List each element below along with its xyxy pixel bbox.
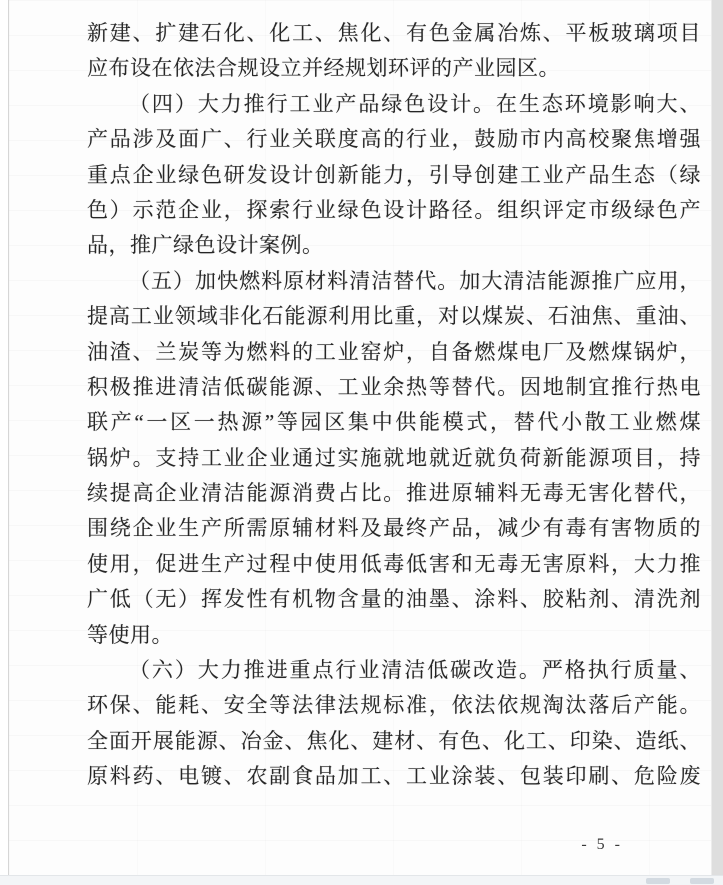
bottom-bar <box>0 875 723 885</box>
horizontal-scrollbar-segment-1[interactable] <box>646 878 670 884</box>
document-text: 新建、扩建石化、化工、焦化、有色金属冶炼、平板玻璃项目应布设在依法合规设立并经规… <box>87 16 701 795</box>
scanned-page: 新建、扩建石化、化工、焦化、有色金属冶炼、平板玻璃项目应布设在依法合规设立并经规… <box>8 0 712 876</box>
text-line: （四）大力推行工业产品绿色设计。在生态环境影响大、 <box>87 87 701 122</box>
text-line: 色）示范企业，探索行业绿色设计路径。组织评定市级绿色产 <box>87 193 701 228</box>
text-line: 积极推进清洁低碳能源、工业余热等替代。因地制宜推行热电 <box>87 370 701 405</box>
text-line: 使用，促进生产过程中使用低毒低害和无毒无害原料，大力推 <box>87 547 701 582</box>
text-line: 全面开展能源、冶金、焦化、建材、有色、化工、印染、造纸、 <box>87 724 701 759</box>
text-line: 联产“一区一热源”等园区集中供能模式，替代小散工业燃煤 <box>87 405 701 440</box>
text-line: （六）大力推进重点行业清洁低碳改造。严格执行质量、 <box>87 653 701 688</box>
text-line: 应布设在依法合规设立并经规划环评的产业园区。 <box>87 51 701 86</box>
text-line: 原料药、电镀、农副食品加工、工业涂装、包装印刷、危险废 <box>87 759 701 794</box>
page-number: - 5 - <box>87 830 701 860</box>
text-line: 油渣、兰炭等为燃料的工业窑炉，自备燃煤电厂及燃煤锅炉， <box>87 335 701 370</box>
text-line: 环保、能耗、安全等法律法规标准，依法依规淘汰落后产能。 <box>87 688 701 723</box>
text-line: 品，推广绿色设计案例。 <box>87 228 701 263</box>
text-line: 等使用。 <box>87 618 701 653</box>
text-line: 续提高企业清洁能源消费占比。推进原辅料无毒无害化替代， <box>87 476 701 511</box>
text-line: 锅炉。支持工业企业通过实施就地就近就负荷新能源项目，持 <box>87 441 701 476</box>
text-line: 围绕企业生产所需原辅材料及最终产品，减少有毒有害物质的 <box>87 511 701 546</box>
vertical-scrollbar[interactable] <box>711 0 723 876</box>
horizontal-scrollbar-segment-2[interactable] <box>690 878 714 884</box>
text-line: 新建、扩建石化、化工、焦化、有色金属冶炼、平板玻璃项目 <box>87 16 701 51</box>
text-line: 提高工业领域非化石能源利用比重，对以煤炭、石油焦、重油、 <box>87 299 701 334</box>
document-viewer: 新建、扩建石化、化工、焦化、有色金属冶炼、平板玻璃项目应布设在依法合规设立并经规… <box>0 0 723 885</box>
text-line: 产品涉及面广、行业关联度高的行业，鼓励市内高校聚焦增强 <box>87 122 701 157</box>
text-line: （五）加快燃料原材料清洁替代。加大清洁能源推广应用， <box>87 264 701 299</box>
text-line: 重点企业绿色研发设计创新能力，引导创建工业产品生态（绿 <box>87 158 701 193</box>
text-line: 广低（无）挥发性有机物含量的油墨、涂料、胶粘剂、清洗剂 <box>87 582 701 617</box>
